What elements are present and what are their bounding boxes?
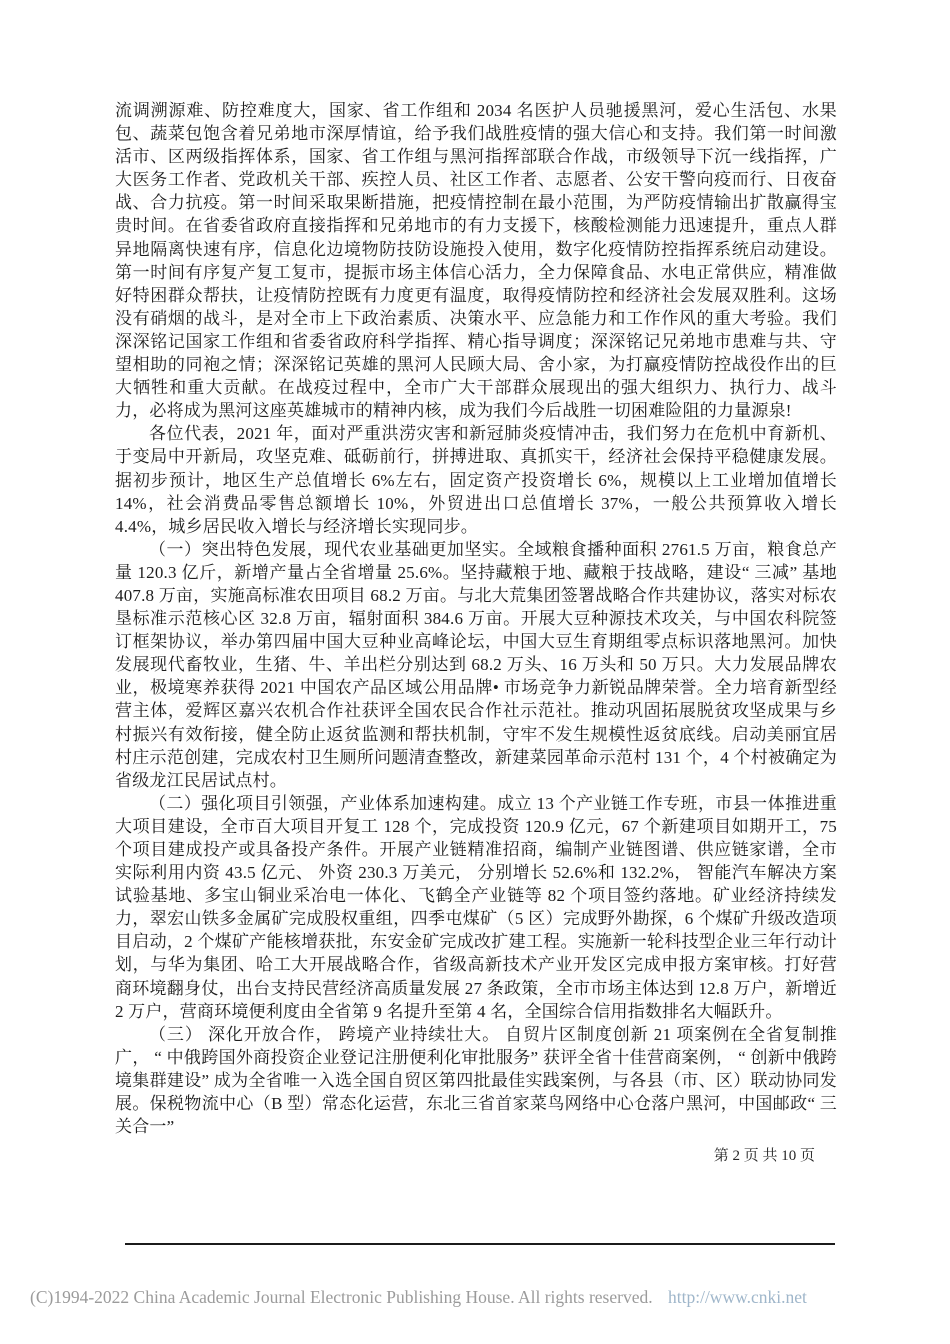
paragraph: （一）突出特色发展，现代农业基础更加坚实。全域粮食播种面积 2761.5 万亩，… [115,538,837,792]
footer-divider [125,1243,835,1245]
paragraph: （二）强化项目引领强，产业体系加速构建。成立 13 个产业链工作专班，市县一体推… [115,792,837,1023]
paragraph: 流调溯源难、防控难度大，国家、省工作组和 2034 名医护人员驰援黑河，爱心生活… [115,99,837,422]
paragraph: 各位代表，2021 年，面对严重洪涝灾害和新冠肺炎疫情冲击，我们努力在危机中育新… [115,422,837,537]
cnki-url: http://www.cnki.net [668,1287,807,1308]
document-text: 流调溯源难、防控难度大，国家、省工作组和 2034 名医护人员驰援黑河，爱心生活… [115,99,837,1138]
document-page: 流调溯源难、防控难度大，国家、省工作组和 2034 名医护人员驰援黑河，爱心生活… [0,0,950,1344]
page-number: 第 2 页 共 10 页 [115,1144,815,1165]
paragraph: （三） 深化开放合作， 跨境产业持续壮大。 自贸片区制度创新 21 项案例在全省… [115,1023,837,1138]
copyright-watermark: (C)1994-2022 China Academic Journal Elec… [30,1287,653,1308]
